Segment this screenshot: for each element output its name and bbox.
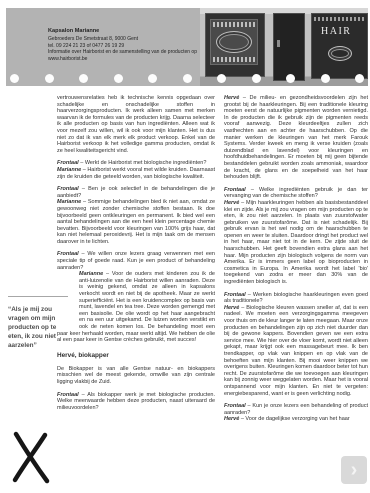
sign-text-strip (213, 22, 255, 27)
speaker-name: Hervé (224, 416, 239, 422)
paragraph: Marianne – Voor de ouders met kinderen z… (57, 271, 215, 344)
article-column-left: vertrouwensrelaties heb ik technische ke… (57, 95, 215, 423)
article-body: vertrouwensrelaties heb ik technische ke… (57, 95, 368, 423)
chevron-right-icon: › (351, 460, 358, 480)
salon-phone: tel. 09 224 21 23 of 0477 26 19 29 (48, 43, 200, 50)
salon-address: Gebroeders De Smetstraat 8, 9000 Gent (48, 36, 200, 43)
window-sign-board (210, 19, 258, 65)
speaker-name: Frontaal (57, 251, 79, 257)
speaker-name: Frontaal (57, 392, 79, 398)
perforation-dot (183, 74, 192, 83)
sign-text-strip (314, 17, 365, 21)
contact-block: Kapsalon Marianne Gebroeders De Smetstra… (48, 28, 200, 62)
paragraph: Frontaal – Ben je ook selectief in de be… (57, 186, 215, 199)
hair-sign-text: HAIR (321, 26, 351, 37)
paragraph: Hervé – De milieu- en gezondheidsvoordel… (224, 95, 368, 181)
door-handle (277, 40, 280, 47)
paragraph: Frontaal – Werkt de Hairborist met biolo… (57, 160, 215, 167)
perforation-dots (6, 74, 368, 84)
speaker-name: Frontaal (57, 186, 79, 192)
speaker-name: Marianne (57, 199, 81, 205)
paragraph: De Biokapper is van alle Gentse natuur- … (57, 366, 215, 386)
speaker-name: Frontaal (57, 160, 79, 166)
speaker-name: Frontaal (224, 187, 246, 193)
section-heading: Hervé, biokapper (57, 352, 215, 360)
speaker-name: Marianne (57, 167, 81, 173)
pull-quote: “Als je mij zou vragen om mijn producten… (8, 296, 60, 350)
speaker-name: Hervé (224, 95, 239, 101)
magazine-page: Kapsalon Marianne Gebroeders De Smetstra… (0, 0, 370, 493)
article-column-right: Hervé – De milieu- en gezondheidsvoordel… (224, 95, 368, 423)
perforation-dot (79, 74, 88, 83)
speaker-name: Hervé (224, 200, 239, 206)
perforation-dot (114, 74, 123, 83)
paragraph: vertrouwensrelaties heb ik technische ke… (57, 95, 215, 154)
paragraph: Frontaal – Als biokapper werk je met bio… (57, 392, 215, 412)
quote-wrap-spacer (57, 271, 79, 329)
perforation-dot (355, 74, 364, 83)
salon-name: Kapsalon Marianne (48, 28, 200, 35)
perforation-dot (321, 74, 330, 83)
speaker-name: Marianne (79, 271, 103, 277)
oval-logo-small (328, 46, 352, 61)
paragraph: Frontaal – Welke ingrediënten gebruik je… (224, 187, 368, 200)
header-band: Kapsalon Marianne Gebroeders De Smetstra… (6, 8, 368, 86)
shop-window-right: HAIR (311, 13, 368, 79)
paragraph: Frontaal – Werken biologische haarkleuri… (224, 292, 368, 305)
shop-window-left (205, 13, 265, 77)
perforation-dot (45, 74, 54, 83)
paragraph: Frontaal – Kun je onze lezers een behand… (224, 403, 368, 416)
perforation-dot (217, 74, 226, 83)
paragraph: Hervé – Biologische kleuren wassen snell… (224, 305, 368, 397)
speaker-name: Frontaal (224, 403, 246, 409)
pull-quote-text: “Als je mij zou vragen om mijn producten… (8, 306, 56, 349)
sign-text-strip (213, 57, 255, 62)
paragraph: Marianne – Hairborist werkt vooral met w… (57, 167, 215, 180)
perforation-dot (148, 74, 157, 83)
paragraph: Hervé – Voor de dagelijkse verzorging va… (224, 416, 368, 423)
speaker-name: Frontaal (224, 292, 246, 298)
perforation-dot (10, 74, 19, 83)
shop-door (273, 13, 305, 81)
paragraph: Frontaal – We willen onze lezers graag v… (57, 251, 215, 271)
paragraph: Marianne – Sommige behandelingen bied ik… (57, 199, 215, 245)
salon-info: Informatie over Hairborist en de samenst… (48, 49, 200, 62)
perforation-dot (286, 74, 295, 83)
paragraph: Hervé – Mijn haarkleuringen hebben als b… (224, 200, 368, 286)
x-mark-icon (11, 431, 51, 485)
perforation-dot (252, 74, 261, 83)
speaker-name: Hervé (224, 305, 239, 311)
oval-logo (216, 31, 252, 53)
next-page-button[interactable]: › (341, 456, 367, 484)
